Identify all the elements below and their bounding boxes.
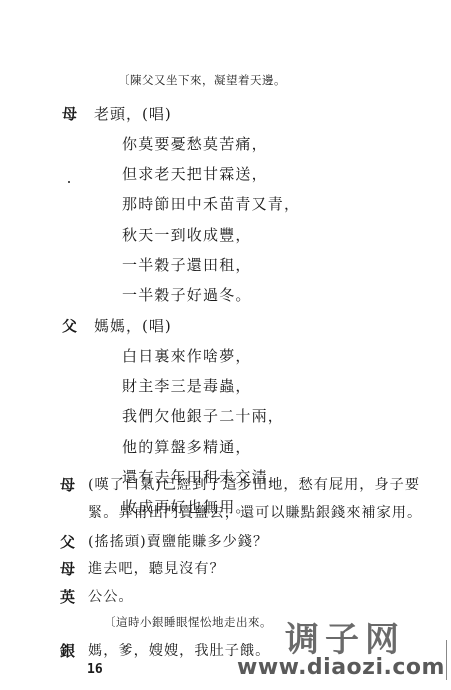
dialogue-line: 進去吧，聽見沒有？ (88, 558, 225, 578)
verse-line: 一半穀子好過冬。 (122, 284, 252, 305)
stage-direction-top: 〔陳父又坐下來，凝望着天邊。 (118, 72, 286, 88)
speaker-father: 父 (62, 315, 77, 336)
verse-line: 一半穀子還田租， (122, 254, 252, 275)
speaker-ying: 英 (60, 586, 75, 607)
dialogue-line: 緊。昇甫出門賣鹽去，還可以賺點銀錢來補家用。 (88, 502, 422, 522)
speaker-mother: 母 (62, 103, 77, 124)
dialogue-line: (搖搖頭)賣鹽能賺多少錢？ (88, 531, 268, 551)
dialogue-line: (嘆了口氣)已經到了這步田地，愁有屁用，身子要 (88, 474, 420, 494)
verse-line: 那時節田中禾苗青又青， (122, 193, 300, 214)
dialogue-line: 公公。 (88, 586, 134, 606)
speaker-intro: 老頭，(唱) (94, 103, 172, 124)
watermark-url: www.diaozi.com (237, 655, 445, 680)
speaker-mother: 母 (60, 474, 75, 495)
speaker-yin: 銀 (60, 640, 75, 661)
verse-line: 我們欠他銀子二十兩， (122, 405, 284, 426)
verse-line: 秋天一到收成豐， (122, 224, 252, 245)
speaker-mother: 母 (60, 558, 75, 579)
verse-line: 白日裏來作啥夢， (122, 345, 252, 366)
verse-line: 你莫要憂愁莫苦痛， (122, 133, 268, 154)
page-edge (446, 640, 447, 680)
verse-line: 他的算盤多精通， (122, 436, 252, 457)
book-page: 〔陳父又坐下來，凝望着天邊。 母 老頭，(唱) 你莫要憂愁莫苦痛， 但求老天把甘… (0, 0, 451, 690)
verse-line: 但求老天把甘霖送， (122, 163, 268, 184)
speaker-intro: 媽媽，(唱) (94, 315, 172, 336)
page-number: 16 (87, 662, 103, 677)
stage-direction-bottom: 〔這時小銀睡眼惺忪地走出來。 (104, 614, 272, 630)
print-speck (68, 181, 70, 183)
watermark-name: 调子网 (285, 612, 405, 661)
verse-line: 財主李三是毒蟲， (122, 375, 252, 396)
speaker-father: 父 (60, 531, 75, 552)
